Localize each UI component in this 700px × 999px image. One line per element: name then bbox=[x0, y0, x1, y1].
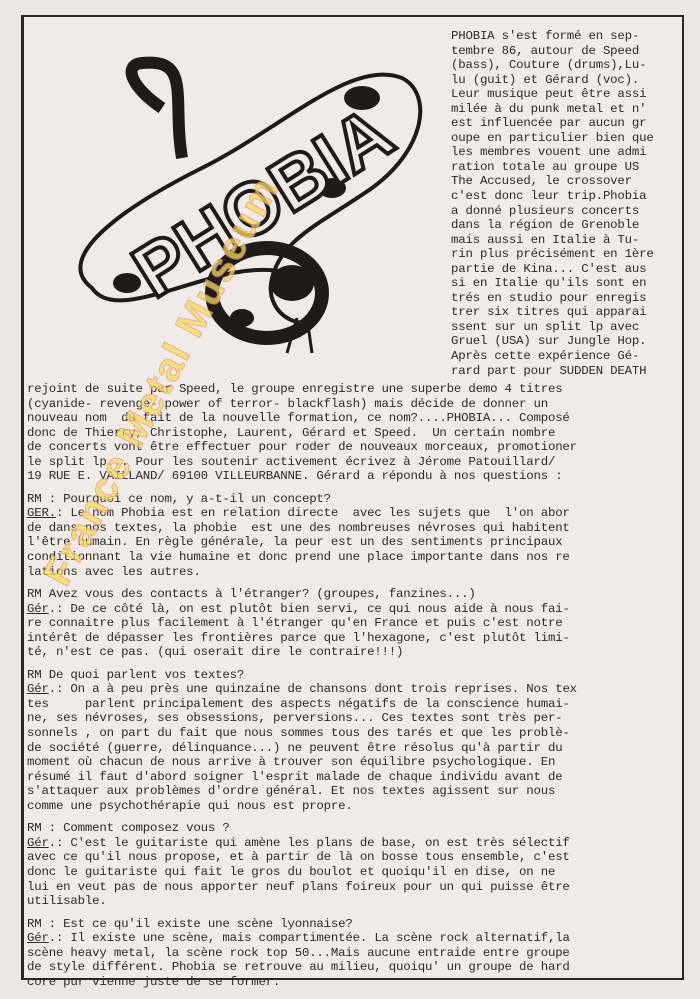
continuation-paragraph: rejoint de suite par Speed, le groupe en… bbox=[27, 382, 677, 484]
continuation-line: rejoint de suite par Speed, le groupe en… bbox=[27, 382, 677, 397]
intro-line: rard part pour SUDDEN DEATH bbox=[451, 364, 683, 379]
speaker-label: Gér bbox=[27, 602, 49, 616]
intro-line: Leur musique peut être assi bbox=[451, 87, 683, 102]
intro-line: PHOBIA s'est formé en sep- bbox=[451, 29, 683, 44]
continuation-line: donc de Thierry, Christophe, Laurent, Gé… bbox=[27, 426, 677, 441]
qa-block: RM : Pourquoi ce nom, y a-t-il un concep… bbox=[27, 492, 677, 579]
intro-line: tembre 86, autour de Speed bbox=[451, 44, 683, 59]
answer-line: moment où chacun de nous arrive à trouve… bbox=[27, 755, 677, 770]
answer-line: GER.: Le nom Phobia est en relation dire… bbox=[27, 506, 677, 521]
speaker-label: Gér bbox=[27, 682, 49, 696]
answer-line: de dans nos textes, la phobie est une de… bbox=[27, 521, 677, 536]
intro-line: les membres vouent une admi bbox=[451, 145, 683, 160]
answer-line: utilisable. bbox=[27, 894, 677, 909]
intro-line: The Accused, le crossover bbox=[451, 174, 683, 189]
intro-column: PHOBIA s'est formé en sep-tembre 86, aut… bbox=[451, 29, 683, 378]
answer-line: core pur vienne juste de se former. bbox=[27, 975, 677, 990]
answer-line: l'être humain. En règle générale, la peu… bbox=[27, 535, 677, 550]
answer-line: résumé il faut d'abord soigner l'esprit … bbox=[27, 770, 677, 785]
speaker-label: Gér bbox=[27, 836, 49, 850]
answer-line: de société (guerre, délinquance...) ne p… bbox=[27, 741, 677, 756]
continuation-line: (cyanide- revenge- power of terror- blac… bbox=[27, 397, 677, 412]
answer-line: lui en veut pas de nous apporter neuf pl… bbox=[27, 880, 677, 895]
continuation-line: de concerts vont être effectuer pour rod… bbox=[27, 440, 677, 455]
intro-line: mais aussi en Italie à Tu- bbox=[451, 233, 683, 248]
intro-line: rin plus précisément en 1ère bbox=[451, 247, 683, 262]
qa-block: RM Avez vous des contacts à l'étranger? … bbox=[27, 587, 677, 660]
intro-line: c'est donc leur trip.Phobia bbox=[451, 189, 683, 204]
article-body: rejoint de suite par Speed, le groupe en… bbox=[27, 382, 677, 997]
interview-section: RM : Pourquoi ce nom, y a-t-il un concep… bbox=[27, 492, 677, 990]
answer-line: de style différent. Phobia se retrouve a… bbox=[27, 960, 677, 975]
intro-line: si en Italie qu'ils sont en bbox=[451, 276, 683, 291]
question-line: RM : Pourquoi ce nom, y a-t-il un concep… bbox=[27, 492, 677, 507]
continuation-line: le split lp... Pour les soutenir activem… bbox=[27, 455, 677, 470]
intro-line: oupe en particulier bien que bbox=[451, 131, 683, 146]
speaker-label: GER. bbox=[27, 506, 56, 520]
answer-line: sonnels , on part du fait que nous somme… bbox=[27, 726, 677, 741]
intro-line: (bass), Couture (drums),Lu- bbox=[451, 58, 683, 73]
speaker-label: Gér bbox=[27, 931, 49, 945]
answer-line: tes parlent principalement des aspects n… bbox=[27, 697, 677, 712]
intro-line: milée à du punk metal et n' bbox=[451, 102, 683, 117]
qa-block: RM : Comment composez vous ?Gér.: C'est … bbox=[27, 821, 677, 908]
intro-line: dans la région de Grenoble bbox=[451, 218, 683, 233]
answer-line: donc le guitariste qui fait le gros du b… bbox=[27, 865, 677, 880]
intro-line: a donné plusieurs concerts bbox=[451, 204, 683, 219]
intro-line: ssent sur un split lp avec bbox=[451, 320, 683, 335]
answer-line: Gér.: On a à peu près une quinzaine de c… bbox=[27, 682, 677, 697]
continuation-line: 19 RUE E. VAILLAND/ 69100 VILLEURBANNE. … bbox=[27, 469, 677, 484]
question-line: RM De quoi parlent vos textes? bbox=[27, 668, 677, 683]
intro-line: trés en studio pour enregis bbox=[451, 291, 683, 306]
qa-block: RM : Est ce qu'il existe une scène lyonn… bbox=[27, 917, 677, 990]
intro-line: partie de Kina... C'est aus bbox=[451, 262, 683, 277]
answer-line: s'attaquer aux problèmes d'ordre général… bbox=[27, 784, 677, 799]
snake-logo-icon: PHOBIA bbox=[32, 18, 437, 358]
continuation-line: nouveau nom du fait de la nouvelle forma… bbox=[27, 411, 677, 426]
intro-line: ration totale au groupe US bbox=[451, 160, 683, 175]
question-line: RM : Est ce qu'il existe une scène lyonn… bbox=[27, 917, 677, 932]
answer-line: re connaitre plus facilement à l'étrange… bbox=[27, 616, 677, 631]
answer-line: té, n'est ce pas. (qui oserait dire le c… bbox=[27, 645, 677, 660]
qa-block: RM De quoi parlent vos textes?Gér.: On a… bbox=[27, 668, 677, 813]
answer-line: ne, ses névroses, ses obsessions, perver… bbox=[27, 711, 677, 726]
intro-line: est influencée par aucun gr bbox=[451, 116, 683, 131]
answer-line: intérêt de dépasser les frontières parce… bbox=[27, 631, 677, 646]
question-line: RM Avez vous des contacts à l'étranger? … bbox=[27, 587, 677, 602]
intro-line: Gruel (USA) sur Jungle Hop. bbox=[451, 334, 683, 349]
answer-line: Gér.: Il existe une scène, mais comparti… bbox=[27, 931, 677, 946]
intro-line: lu (guit) et Gérard (voc). bbox=[451, 73, 683, 88]
intro-line: trer six titres qui apparai bbox=[451, 305, 683, 320]
answer-line: Gér.: De ce côté là, on est plutôt bien … bbox=[27, 602, 677, 617]
answer-line: scène heavy metal, la scène rock top 50.… bbox=[27, 946, 677, 961]
answer-line: avec ce qu'il nous propose, et à partir … bbox=[27, 850, 677, 865]
answer-line: Gér.: C'est le guitariste qui amène les … bbox=[27, 836, 677, 851]
intro-line: Après cette expérience Gé- bbox=[451, 349, 683, 364]
answer-line: lations avec les autres. bbox=[27, 565, 677, 580]
question-line: RM : Comment composez vous ? bbox=[27, 821, 677, 836]
answer-line: comme une psychothérapie qui nous est pr… bbox=[27, 799, 677, 814]
answer-line: conditionnant la vie humaine et donc pre… bbox=[27, 550, 677, 565]
